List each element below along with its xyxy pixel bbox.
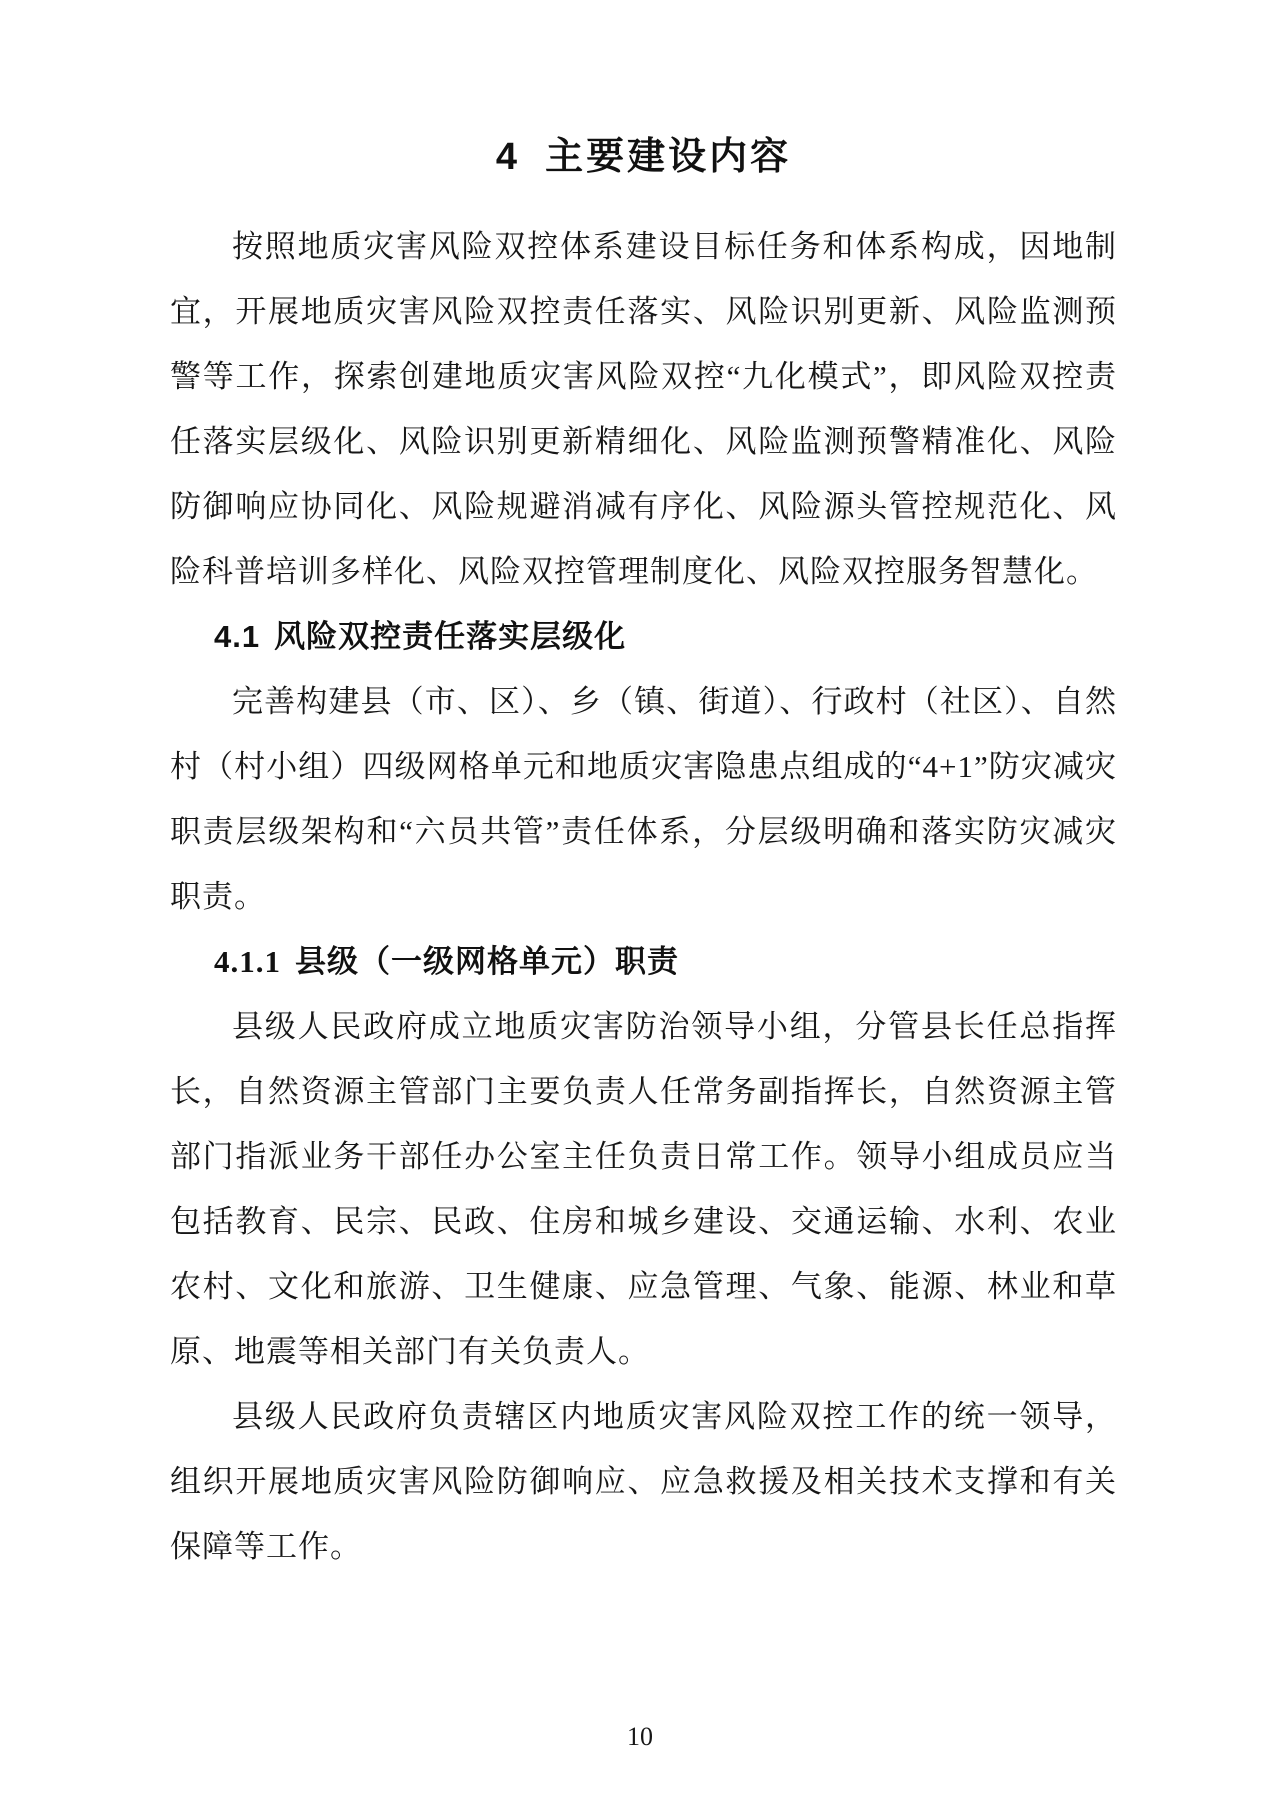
intro-paragraph: 按照地质灾害风险双控体系建设目标任务和体系构成，因地制宜，开展地质灾害风险双控责… <box>170 214 1117 604</box>
section-4-1-1-paragraph-2: 县级人民政府负责辖区内地质灾害风险双控工作的统一领导，组织开展地质灾害风险防御响… <box>170 1384 1117 1579</box>
section-4-1-1-heading: 4.1.1县级（一级网格单元）职责 <box>170 929 1117 994</box>
section-4-1-heading: 4.1风险双控责任落实层级化 <box>170 604 1117 669</box>
section-4-1-1-heading-text: 县级（一级网格单元）职责 <box>295 944 679 979</box>
chapter-title: 4主要建设内容 <box>170 128 1117 186</box>
section-4-1-1-paragraph-1: 县级人民政府成立地质灾害防治领导小组，分管县长任总指挥长，自然资源主管部门主要负… <box>170 994 1117 1384</box>
chapter-number: 4 <box>496 136 517 178</box>
section-4-1-heading-text: 风险双控责任落实层级化 <box>274 619 626 654</box>
chapter-title-text: 主要建设内容 <box>545 136 791 178</box>
section-4-1-paragraph: 完善构建县（市、区）、乡（镇、街道）、行政村（社区）、自然村（村小组）四级网格单… <box>170 669 1117 929</box>
section-4-1-number: 4.1 <box>214 619 260 654</box>
section-4-1-1-number: 4.1.1 <box>214 944 281 979</box>
document-page: 4主要建设内容 按照地质灾害风险双控体系建设目标任务和体系构成，因地制宜，开展地… <box>0 0 1280 1810</box>
page-number: 10 <box>0 1722 1280 1752</box>
